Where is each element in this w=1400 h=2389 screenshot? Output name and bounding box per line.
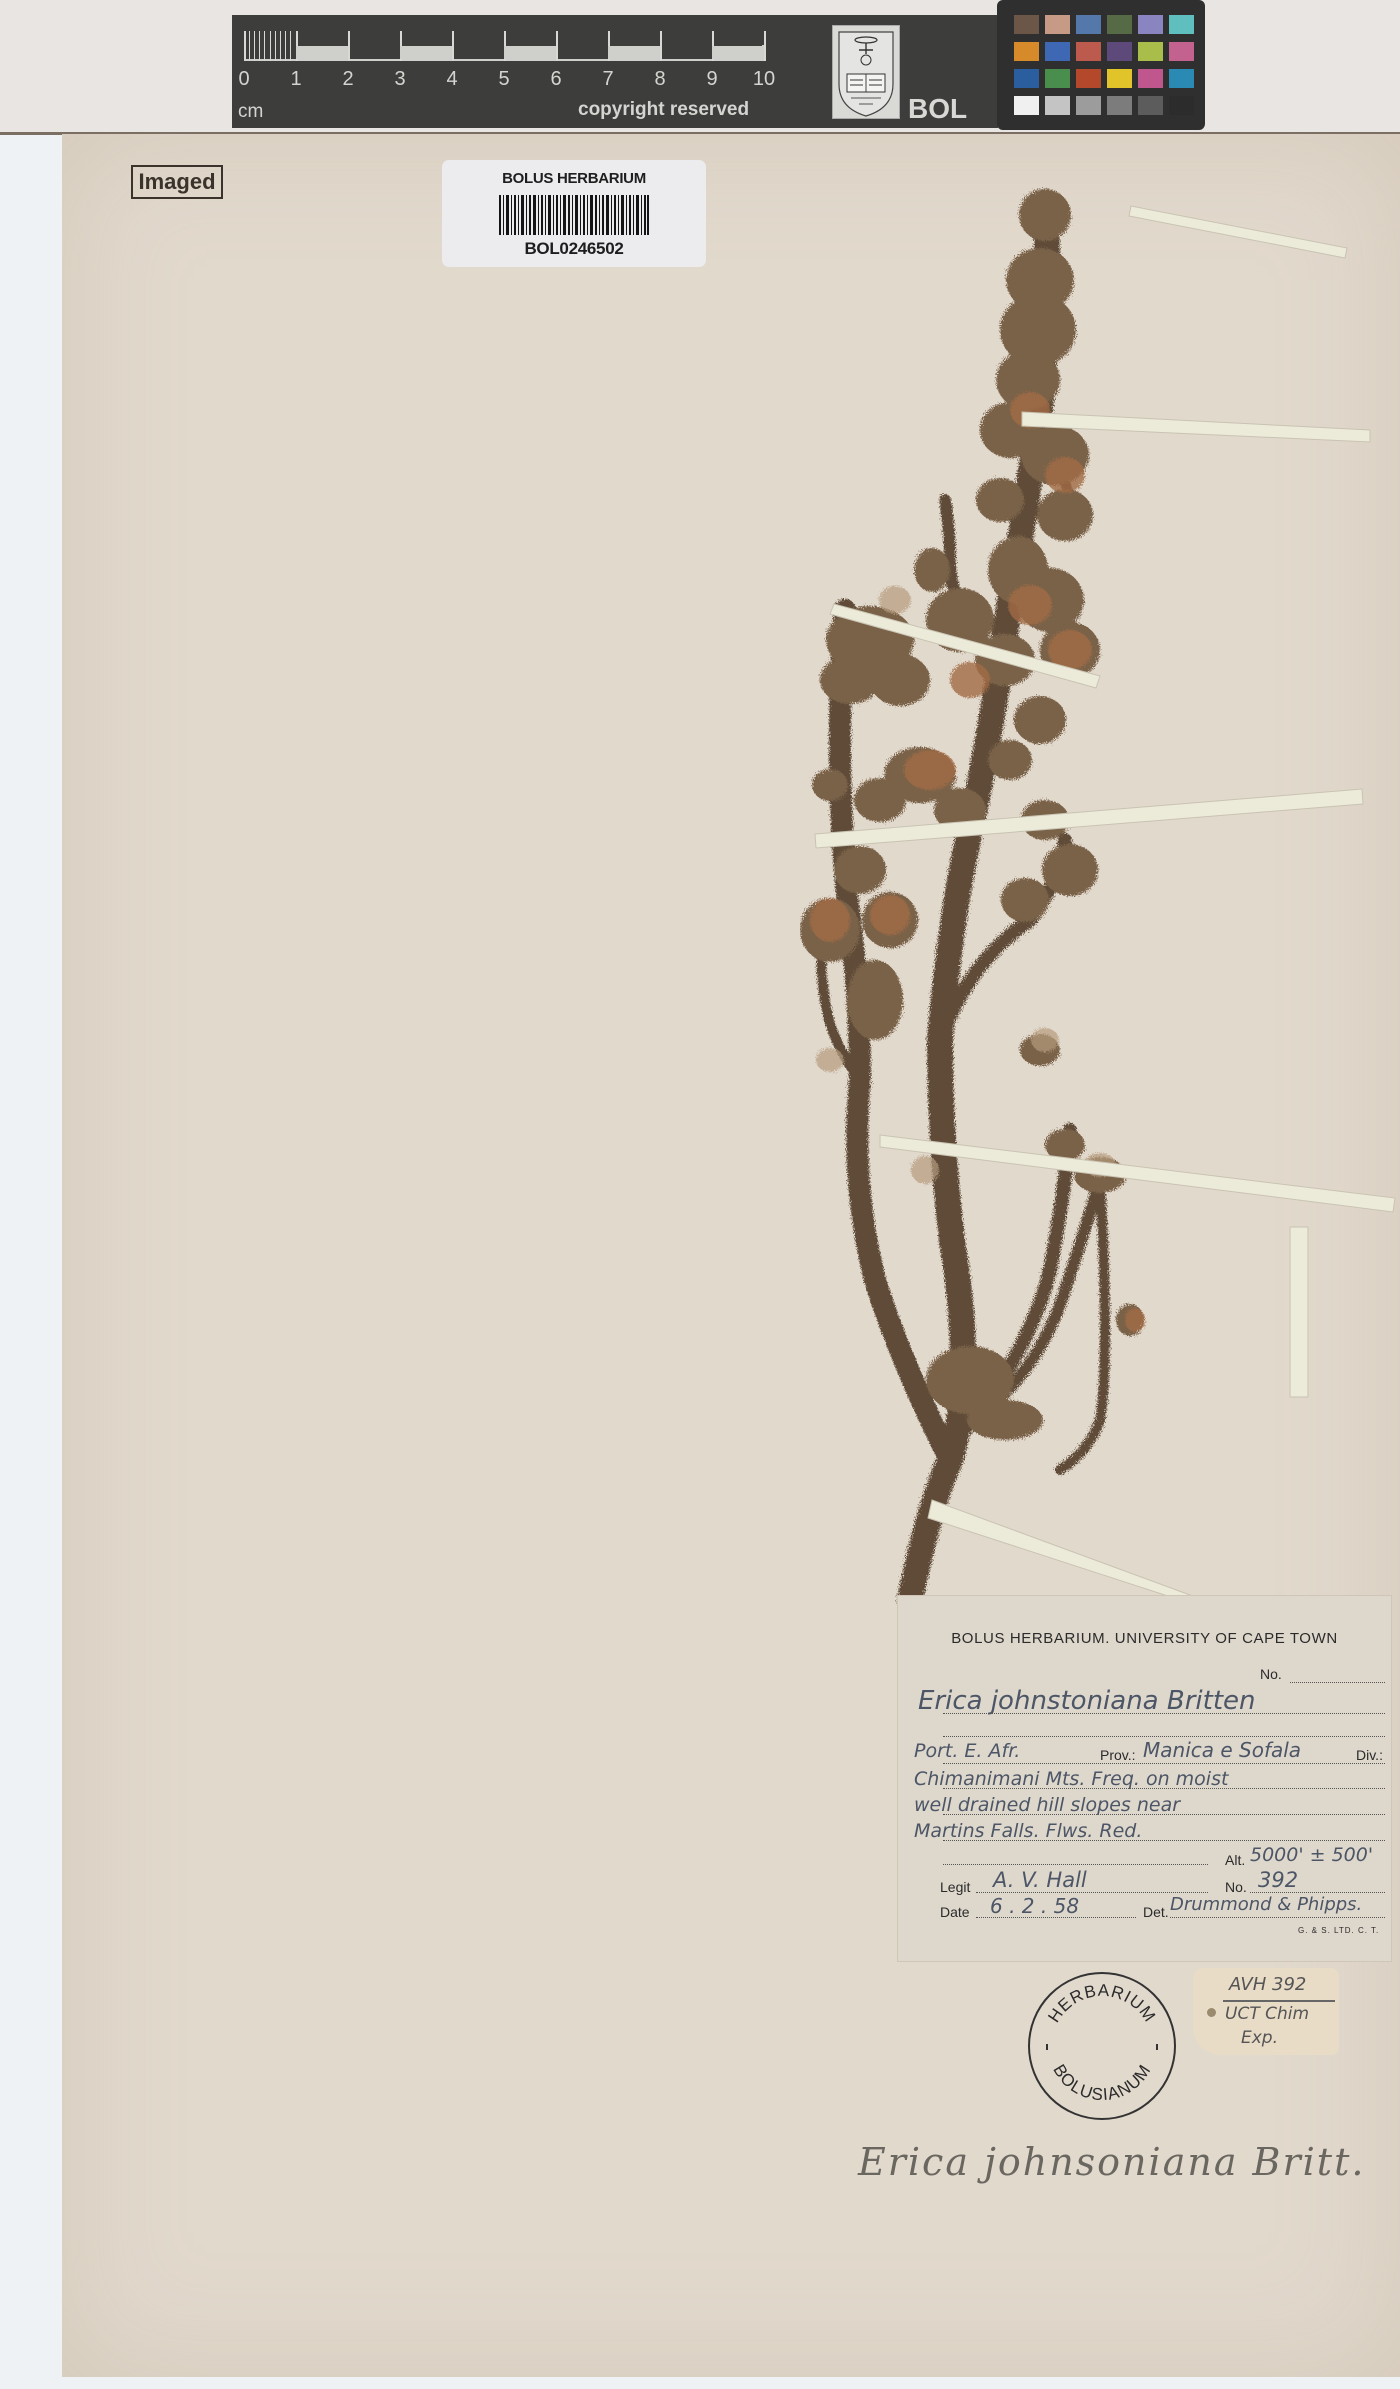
province: Manica e Sofala	[1143, 1738, 1301, 1762]
locality-line: well drained hill slopes near	[914, 1794, 1180, 1816]
barcode-title: BOLUS HERBARIUM	[442, 170, 706, 187]
scale-number: 6	[541, 68, 571, 91]
det-caption: Det.	[1143, 1904, 1169, 1920]
scale-bar: 0 1 2 3 4 5 6 7 8 9 10 cm copyright rese…	[232, 15, 998, 128]
number-caption: No.	[1225, 1879, 1247, 1895]
prov-caption: Prov.:	[1100, 1747, 1136, 1763]
svg-text:HERBARIUM: HERBARIUM	[1044, 1981, 1159, 2026]
scale-number: 2	[333, 68, 363, 91]
alt-caption: Alt.	[1225, 1852, 1245, 1868]
stamp-bottom-text: BOLUSIANUM	[1049, 2061, 1154, 2104]
scale-number: 8	[645, 68, 675, 91]
scale-number: 9	[697, 68, 727, 91]
pencil-annotation: Erica johnsoniana Britt.	[858, 2140, 1365, 2184]
barcode-icon	[499, 195, 649, 235]
collection-date: 6 . 2 . 58	[990, 1894, 1079, 1918]
scale-number: 1	[281, 68, 311, 91]
tag-line-3: Exp.	[1241, 2028, 1278, 2048]
collector: A. V. Hall	[993, 1868, 1087, 1892]
tag-line-1: AVH 392	[1229, 1974, 1306, 1995]
color-calibration-chart	[997, 0, 1205, 130]
field-tag: AVH 392 UCT Chim Exp.	[1193, 1968, 1339, 2055]
copyright-text: copyright reserved	[578, 99, 749, 121]
determination-label: BOLUS HERBARIUM. UNIVERSITY OF CAPE TOWN…	[897, 1595, 1392, 1962]
label-header: BOLUS HERBARIUM. UNIVERSITY OF CAPE TOWN	[898, 1630, 1391, 1647]
tag-hole-icon	[1207, 2008, 1216, 2017]
div-caption: Div.:	[1356, 1747, 1383, 1763]
scale-number: 0	[229, 68, 259, 91]
printer-mark: G. & S. LTD. C. T.	[1298, 1926, 1379, 1935]
plant-specimen	[800, 180, 1400, 1620]
collector-number: 392	[1258, 1868, 1298, 1892]
svg-text:BOLUSIANUM: BOLUSIANUM	[1049, 2061, 1154, 2104]
institution-code: BOL	[908, 93, 967, 125]
date-caption: Date	[940, 1904, 970, 1920]
legit-caption: Legit	[940, 1879, 970, 1895]
herbarium-stamp: HERBARIUM BOLUSIANUM	[1028, 1972, 1176, 2120]
imaged-stamp: Imaged	[131, 165, 223, 199]
scale-number: 3	[385, 68, 415, 91]
scale-number: 4	[437, 68, 467, 91]
scale-number: 5	[489, 68, 519, 91]
scale-number: 10	[749, 68, 779, 91]
label-no-caption: No.	[1260, 1666, 1282, 1682]
locality-line: Chimanimani Mts. Freq. on moist	[914, 1768, 1228, 1790]
determiner: Drummond & Phipps.	[1170, 1894, 1362, 1915]
university-crest-icon	[832, 25, 900, 119]
altitude: 5000' ± 500'	[1250, 1844, 1373, 1866]
tag-line-2: UCT Chim	[1225, 2004, 1309, 2024]
region: Port. E. Afr.	[914, 1740, 1020, 1762]
locality-line: Martins Falls. Flws. Red.	[914, 1820, 1142, 1842]
barcode-number: BOL0246502	[442, 239, 706, 259]
stamp-top-text: HERBARIUM	[1044, 1981, 1159, 2026]
scale-unit: cm	[238, 101, 263, 123]
species-name: Erica johnstoniana Britten	[918, 1686, 1256, 1716]
barcode-label: BOLUS HERBARIUM BOL0246502	[442, 160, 706, 267]
scale-number: 7	[593, 68, 623, 91]
